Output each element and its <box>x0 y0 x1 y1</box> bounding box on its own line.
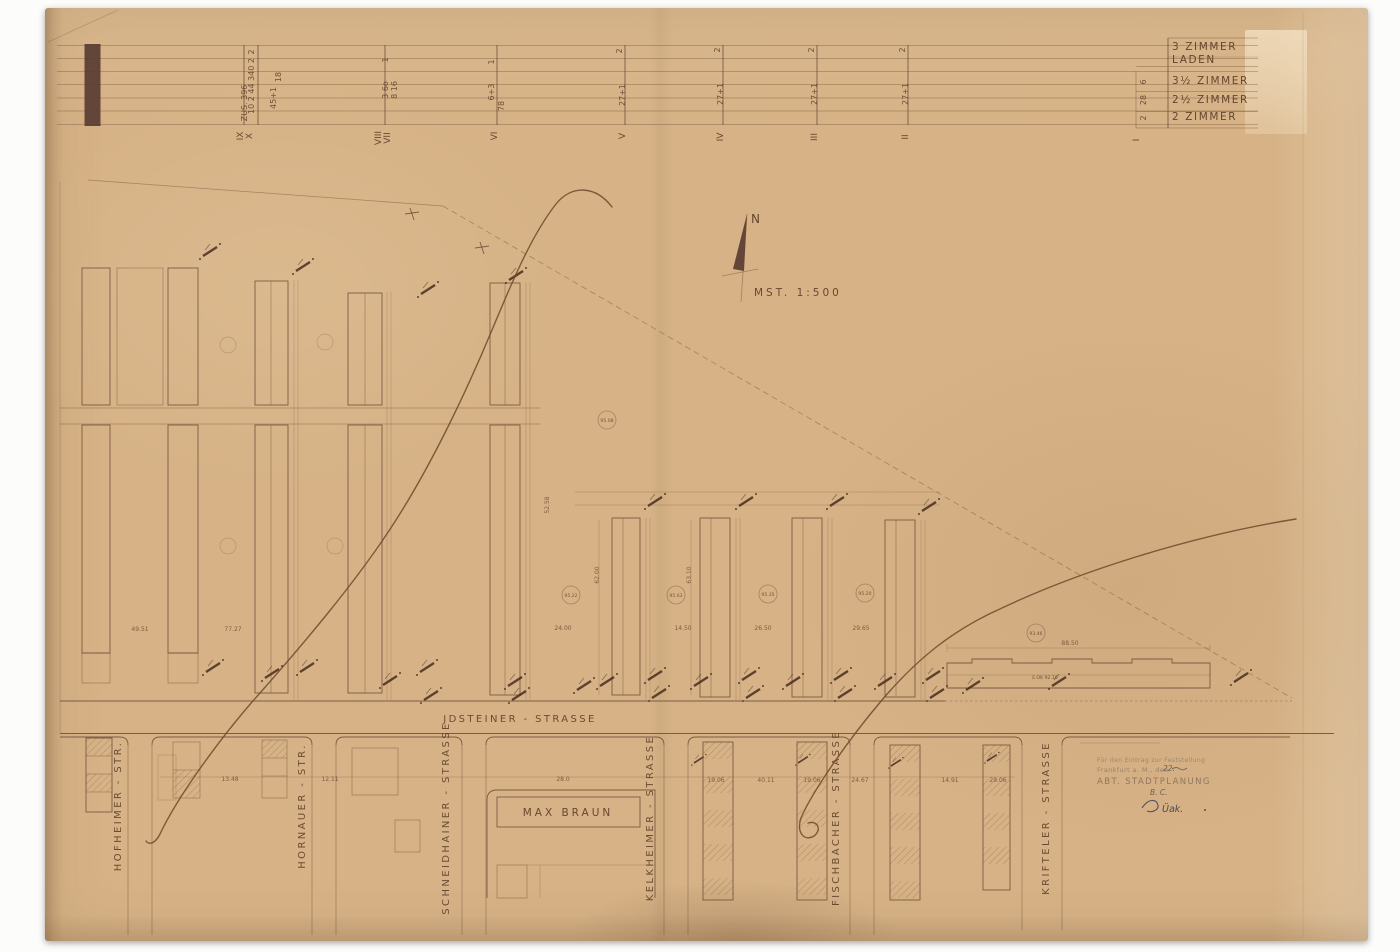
building-strips <box>255 280 925 700</box>
schedule-value: 27+1 <box>901 83 910 105</box>
dimension-text: 29.65 <box>852 625 869 632</box>
street-label-idsteiner: JDSTEINER - STRASSE <box>442 714 597 725</box>
schedule-value: 27+1 <box>716 83 725 105</box>
site-boundary <box>60 180 1292 733</box>
garage-court-upper <box>82 268 198 405</box>
section-numeral: VI <box>490 132 500 141</box>
scale-note: MST. 1:500 <box>754 287 842 299</box>
section-numeral: IX <box>236 132 246 141</box>
scanned-site-plan-sheet: 2 10 2 44 340 2 ZUS. 396 18 45+1 X IX 1 … <box>0 0 1400 952</box>
legend-row: 2½ ZIMMER <box>1172 94 1249 106</box>
schedule-value: 2 <box>807 47 816 52</box>
schedule-value: 8 16 <box>390 81 399 99</box>
max-braun-parcel: MAX BRAUN <box>487 790 655 898</box>
schedule-value: 18 <box>274 72 283 82</box>
dimension-text: 24.67 <box>851 777 868 784</box>
survey-annotation-marks <box>199 243 1252 769</box>
schedule-column-iv: 2 27+1 IV <box>713 45 726 141</box>
section-numeral: VIII <box>374 131 384 145</box>
section-numeral: III <box>810 133 820 141</box>
corner-crease <box>48 10 118 42</box>
south-street-grid: HOFHEIMER - STR. HORNAUER - STR. SCHNEID… <box>60 721 1290 935</box>
legend-row: 2 ZIMMER <box>1172 111 1237 123</box>
elevation-value: 93.46 <box>1029 631 1042 637</box>
schedule-column-vii-viii: 1 3 6o 8 16 VII VIII <box>374 45 399 145</box>
schedule-value: 78 <box>497 101 506 111</box>
schedule-value: 2 <box>898 47 907 52</box>
elevation-value: 95.20 <box>858 591 871 597</box>
title-block-bar <box>85 44 101 126</box>
street-label-fischbacher: FISCHBACHER - STRASSE <box>831 730 842 906</box>
dimension-text: 24.00 <box>554 625 571 632</box>
schedule-value: 1 <box>381 57 390 62</box>
schedule-value: 27+1 <box>618 84 627 106</box>
stamp-stadtplanung: Für den Eintrag zur Feststellung Frankfu… <box>1080 743 1211 815</box>
street-label-schneidhainer: SCHNEIDHAINER - STRASSE <box>441 721 452 914</box>
dimension-text: 12.11 <box>321 776 338 783</box>
street-label-hofheimer: HOFHEIMER - STR. <box>113 741 124 871</box>
street-label-krifteler: KRIFTELER - STRASSE <box>1041 741 1052 895</box>
section-numeral: II <box>901 134 911 139</box>
dimension-text: 49.51 <box>131 626 148 633</box>
schedule-column-x-ix: 2 10 2 44 340 2 ZUS. 396 18 45+1 X IX <box>236 45 283 140</box>
section-numeral: V <box>618 132 628 139</box>
south-ladder-blocks <box>703 742 1010 900</box>
dimension-text: 13.48 <box>221 776 238 783</box>
schedule-column-iii: 2 27+1 III <box>807 45 820 141</box>
south-blocks: 13.48 12.11 28.0 19.06 40.11 19.06 24.67… <box>86 738 1015 900</box>
dimension-text: 63.10 <box>686 566 693 583</box>
north-label: N <box>751 212 760 226</box>
street-label-kelkheimer: KELKHEIMER - STRASSE <box>645 735 656 902</box>
site-plan-drawing: 2 10 2 44 340 2 ZUS. 396 18 45+1 X IX 1 … <box>0 0 1400 952</box>
idsteiner-strasse: JDSTEINER - STRASSE <box>60 701 1334 734</box>
schedule-table: 2 10 2 44 340 2 ZUS. 396 18 45+1 X IX 1 … <box>57 38 1258 145</box>
stamp-initials: B. C. <box>1150 788 1168 797</box>
legend-row: LADEN <box>1172 54 1216 66</box>
elevation-value: 95.63 <box>669 593 682 599</box>
elevation-value: 95.22 <box>564 593 577 599</box>
dimension-text: 88.50 <box>1061 640 1078 647</box>
legend-row: 3½ ZIMMER <box>1172 75 1249 87</box>
dimension-text: 26.50 <box>754 625 771 632</box>
schedule-value: 3 6o <box>381 81 390 99</box>
elevation-value: 95.35 <box>761 592 774 598</box>
schedule-column-v: 2 27+1 V <box>615 45 628 139</box>
dimension-text: 14.91 <box>941 777 958 784</box>
legend-row: 3 ZIMMER <box>1172 41 1237 53</box>
section-numeral: IV <box>716 132 726 142</box>
elevation-value: 95.08 <box>600 418 613 424</box>
dimension-text: 62.00 <box>594 566 601 583</box>
schedule-column-ii: 2 27+1 II <box>898 45 911 140</box>
signature: Üak. <box>1142 800 1206 815</box>
section-numeral: X <box>245 133 255 139</box>
section-numeral: I <box>1132 139 1142 142</box>
schedule-value: 2 <box>615 48 624 53</box>
legend-count: 2 <box>1139 115 1148 120</box>
section-numeral: VII <box>383 132 393 143</box>
schedule-value: 6+3 <box>487 84 496 101</box>
legend-count: 28 <box>1139 95 1148 105</box>
east-building-row: E.OK 92.16 88.50 <box>947 640 1210 688</box>
schedule-total: ZUS. 396 <box>240 85 249 122</box>
dimension-text: 77.27 <box>224 626 241 633</box>
street-label-hornauer: HORNAUER - STR. <box>297 743 308 868</box>
max-braun-label: MAX BRAUN <box>523 807 614 819</box>
legend-count: 6 <box>1139 79 1148 84</box>
row-elevation-note: E.OK 92.16 <box>1032 675 1058 681</box>
signature-text: Üak. <box>1162 804 1183 815</box>
schedule-value: 45+1 <box>269 87 278 109</box>
legend-room-types: 3 ZIMMER LADEN 3½ ZIMMER 2½ ZIMMER 2 ZIM… <box>1132 38 1258 141</box>
dimension-text: 14.50 <box>674 625 691 632</box>
stamp-line1: Für den Eintrag zur Feststellung <box>1097 757 1205 764</box>
pencil-curve-west <box>146 190 612 843</box>
schedule-column-vi: 1 6+3 78 VI <box>487 45 506 140</box>
schedule-value: 2 <box>247 49 256 54</box>
schedule-value: 27+1 <box>810 83 819 105</box>
schedule-value: 2 <box>713 47 722 52</box>
garage-court-lower <box>82 425 198 683</box>
dimension-text: 40.11 <box>757 777 774 784</box>
stamp-department: ABT. STADTPLANUNG <box>1097 777 1211 787</box>
dimension-text: 52.58 <box>544 496 551 513</box>
dimension-text: 28.0 <box>556 776 570 783</box>
mid-path-lines <box>60 408 940 505</box>
schedule-value: 1 <box>487 59 496 64</box>
stamp-line2: Frankfurt a. M., den <box>1097 766 1169 774</box>
